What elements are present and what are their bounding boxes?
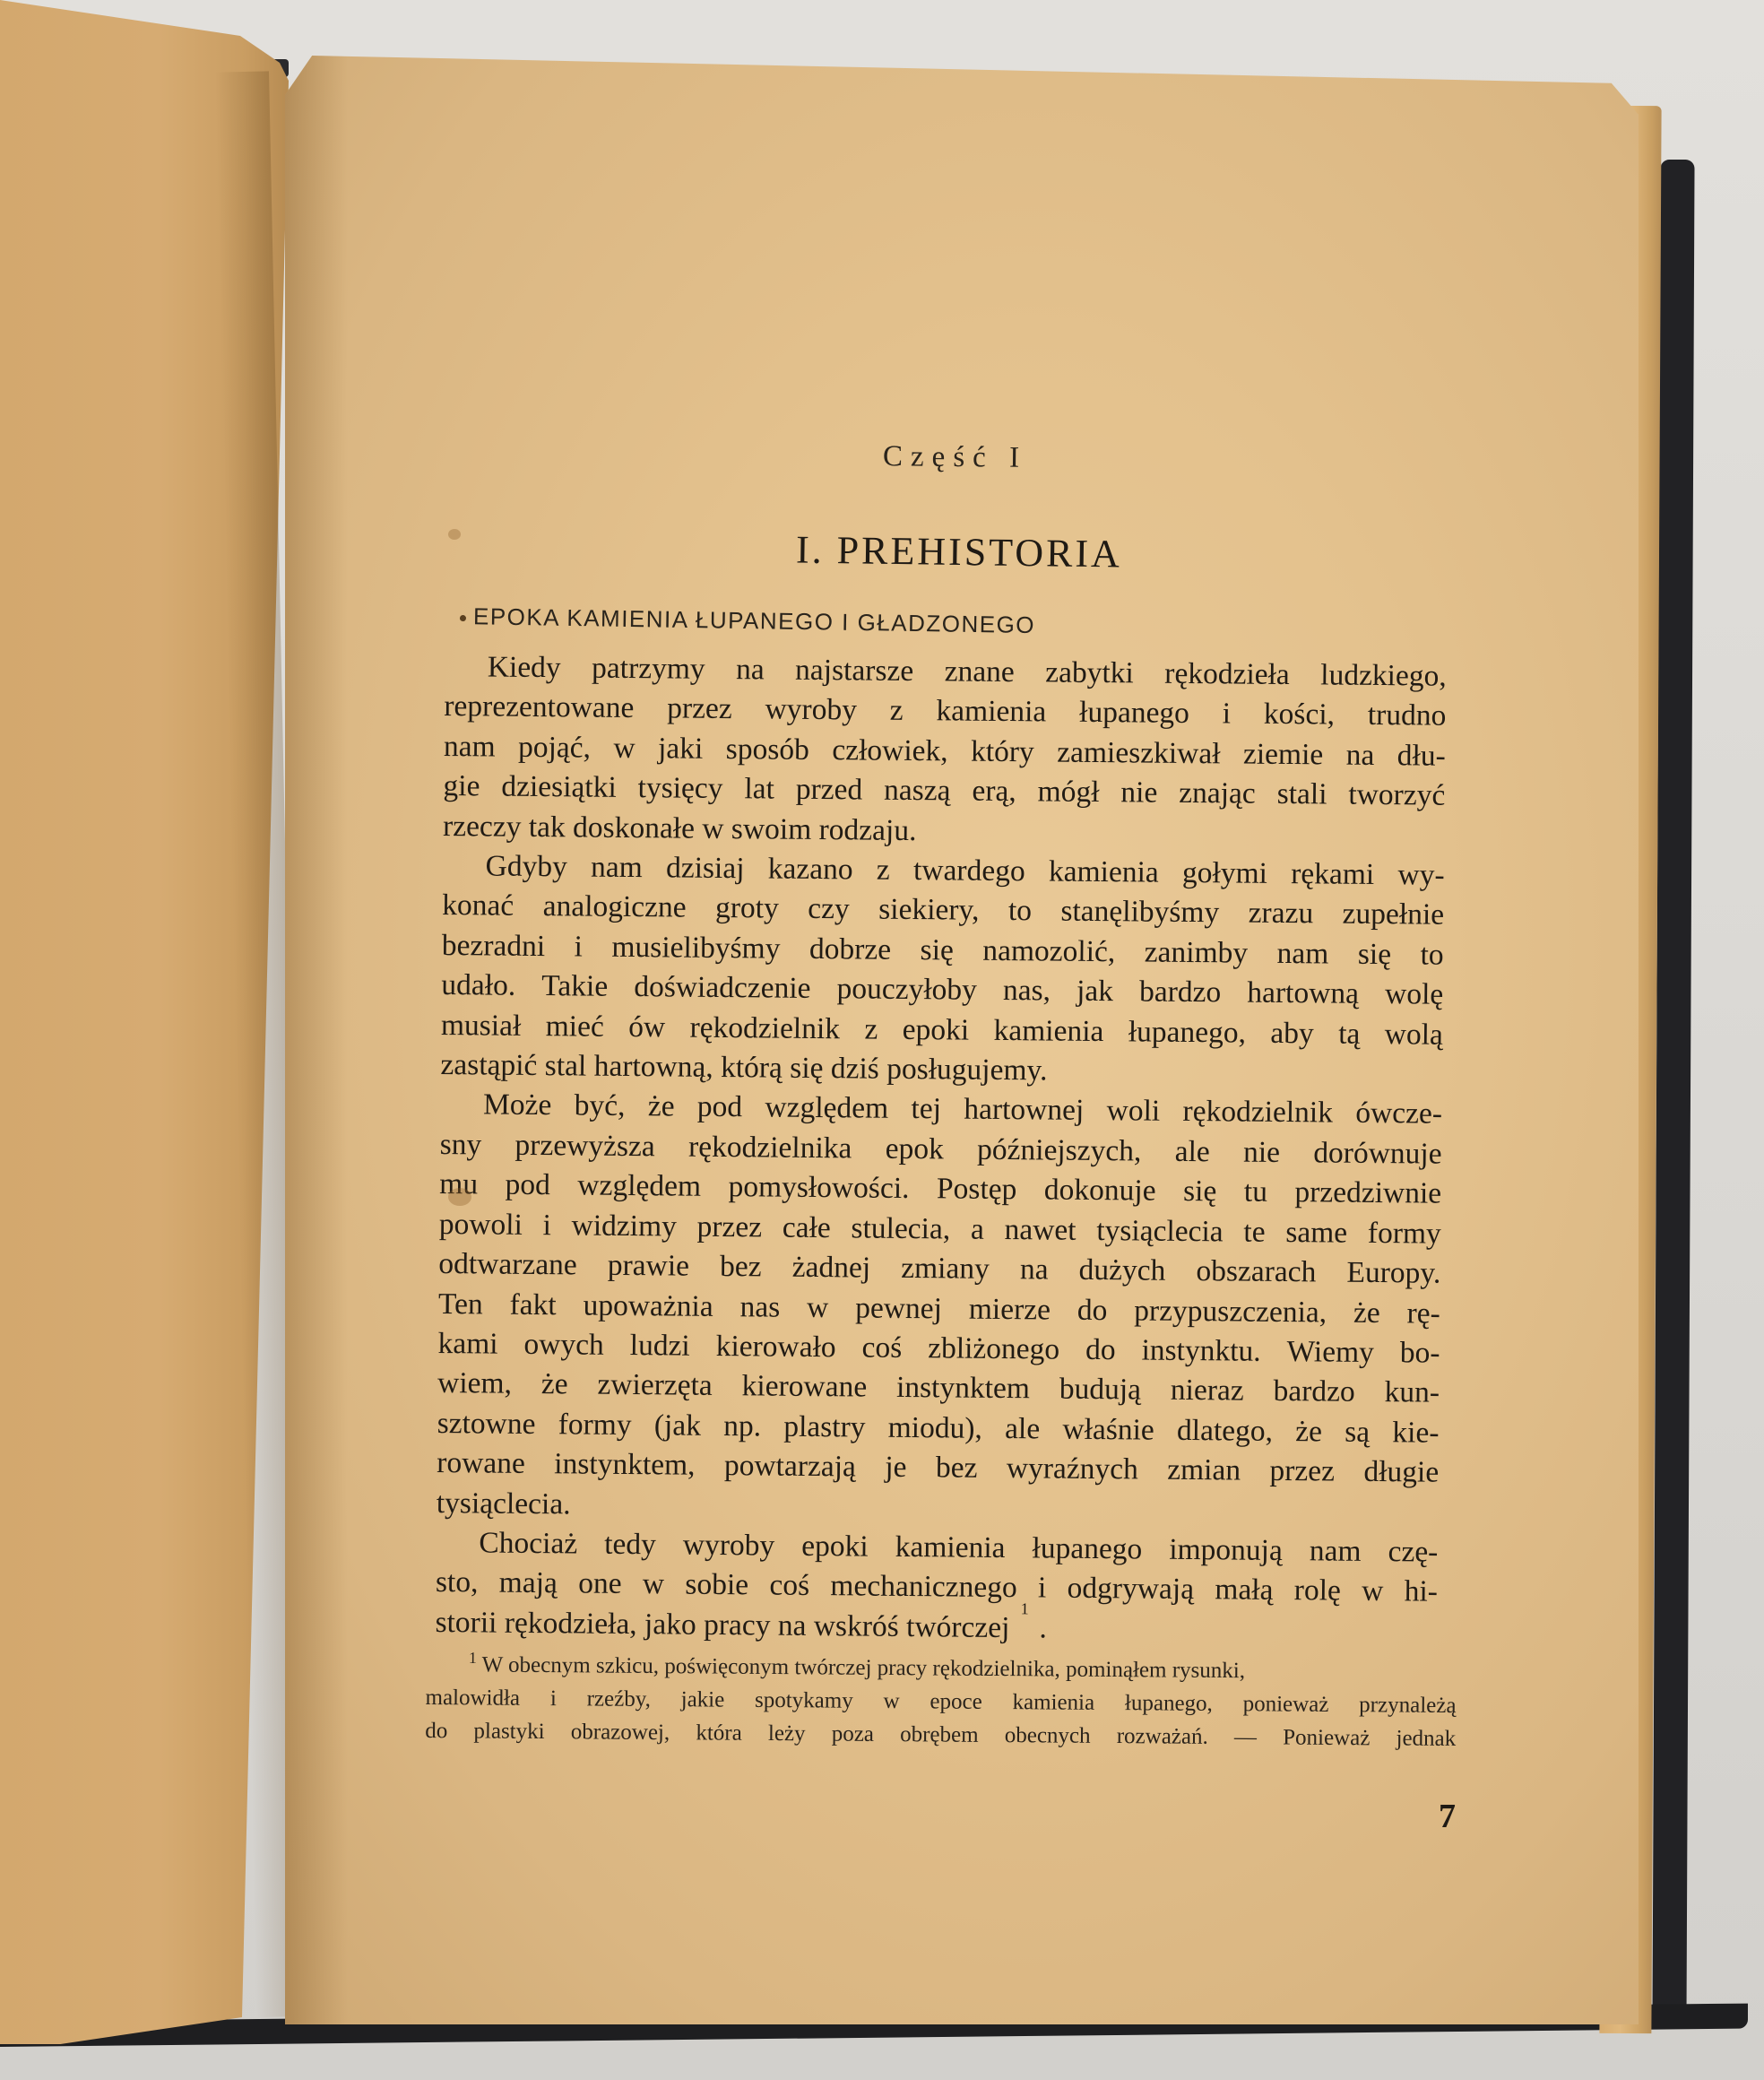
text-line: storii rękodzieła, jako pracy na wskróś … [435,1603,1009,1649]
paper-stain [448,529,461,540]
footnote-text: W obecnym szkicu, poświęconym twórczej p… [482,1652,1246,1683]
section-title: EPOKA KAMIENIA ŁUPANEGO I GŁADZONEGO [460,602,1036,639]
page-content: Część I I. PREHISTORIA EPOKA KAMIENIA ŁU… [0,0,1764,2080]
sentence-end: . [1039,1608,1047,1648]
paper-stain [448,1188,471,1206]
footnote-reference[interactable]: 1 [1020,1608,1028,1648]
section-title-text: EPOKA KAMIENIA ŁUPANEGO I GŁADZONEGO [473,602,1036,638]
page-number: 7 [1439,1797,1456,1836]
footnote-line: doplastykiobrazowej,którależypozaobrębem… [425,1714,1456,1755]
bullet-mark [460,615,466,621]
chapter-title: I. PREHISTORIA [796,526,1123,576]
text-line-with-footnote: storii rękodzieła, jako pracy na wskróś … [435,1603,1437,1652]
footnote-marker: 1 [469,1649,477,1667]
footnote: 1 W obecnym szkicu, poświęconym twórczej… [425,1648,1457,1755]
body-text: Kiedypatrzymynanajstarszeznanezabytkiręk… [435,647,1447,1652]
part-label: Część I [883,440,1027,475]
